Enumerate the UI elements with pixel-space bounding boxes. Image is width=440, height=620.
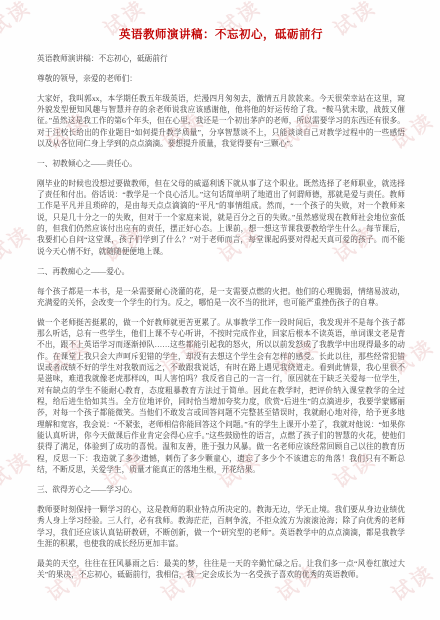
section-heading-2: 二、再教痴心之——爱心。	[37, 266, 405, 277]
document-content: 英语教师演讲稿：不忘初心，砥砺前行 英语教师演讲稿：不忘初心，砥砺前行 尊敬的领…	[0, 0, 440, 580]
salutation: 尊敬的领导，亲爱的老师们：	[37, 73, 405, 84]
document-title: 英语教师演讲稿：不忘初心，砥砺前行	[37, 26, 405, 42]
document-page: 试读试读试读试读试读试读试读试读试读试读试读试读试读试读试读试读试读试读试读试读…	[0, 0, 440, 620]
paragraph-closing: 最美的天空，往往在狂风暴雨之后：最美的梦，往往是一天的辛勤忙碌之后。让我们多一点…	[37, 558, 405, 581]
section-heading-3: 三、欲得芳心之——学习心。	[37, 484, 405, 495]
paragraph-love-1: 每个孩子都是一本书，是一朵需要耐心浇灌的花，是一支需要点燃的火把。他们的心理脆弱…	[37, 286, 405, 309]
paragraph-responsibility: 刚毕业的时候也没想过要做教师，但在父母的威逼利诱下就从事了这个职业。既然选择了老…	[37, 178, 405, 257]
paragraph-intro: 大家好，我叫郭xx，本学期任教五年级英语，烂漫四月匆匆去，激情五月款款来。今天很…	[37, 93, 405, 150]
paragraph-learning: 教师要时刻保持一颗学习的心，这是教师的职业特点所决定的。教海无边，学无止境。我们…	[37, 504, 405, 549]
document-subtitle-line: 英语教师演讲稿：不忘初心，砥砺前行	[37, 53, 405, 64]
section-heading-1: 一、初教倾心之——责任心。	[37, 158, 405, 169]
paragraph-love-2: 做一个老师挺苦挺累的，做一个好教师就更苦更累了。从事教学工作一段时间后，我发现并…	[37, 317, 405, 476]
